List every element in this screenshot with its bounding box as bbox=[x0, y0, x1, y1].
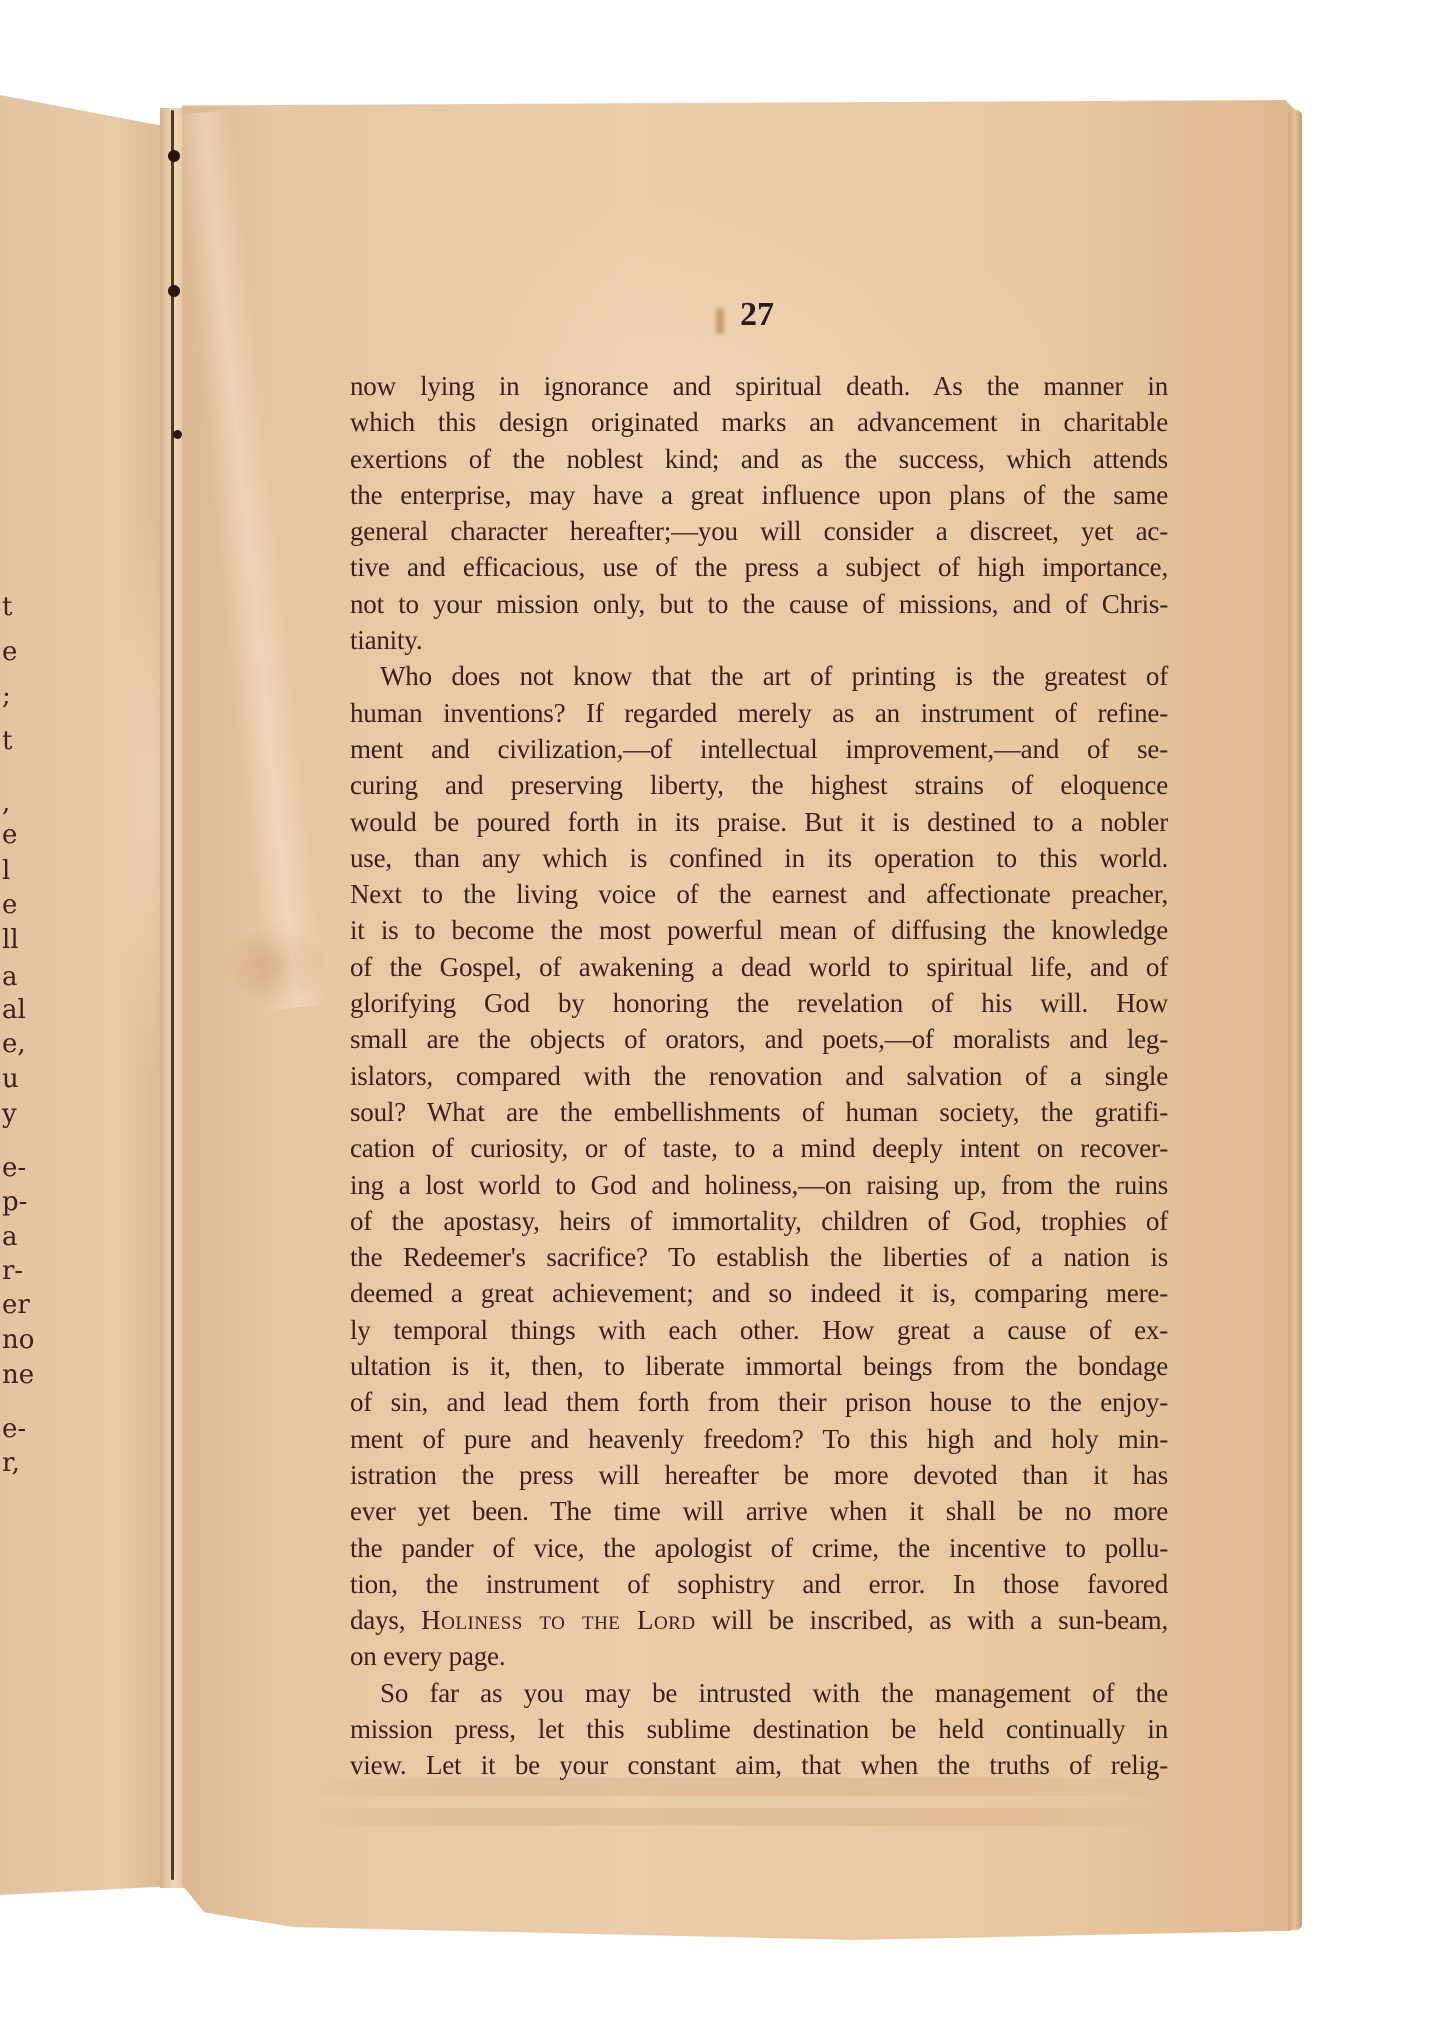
left-page-line-fragment: u bbox=[2, 1066, 19, 1092]
text-line: So far as you may be intrusted with the … bbox=[350, 1675, 1168, 1711]
left-page-line-fragment: al bbox=[2, 997, 26, 1023]
stitch-hole-2 bbox=[168, 285, 180, 297]
text-line-with-small-caps: days, Holiness to the Lord will be inscr… bbox=[350, 1602, 1168, 1638]
small-caps-phrase: Holiness to the Lord bbox=[421, 1605, 695, 1635]
paragraph-1: now lying in ignorance and spiritual dea… bbox=[350, 368, 1168, 658]
left-page-line-fragment: t bbox=[2, 728, 12, 754]
left-page-line-fragment: e bbox=[2, 892, 17, 918]
text-line: mission press, let this sublime destinat… bbox=[350, 1711, 1168, 1747]
text-line: ment of pure and heavenly freedom? To th… bbox=[350, 1421, 1168, 1457]
text-line: it is to become the most powerful mean o… bbox=[350, 912, 1168, 948]
text-fragment: will be inscribed, as with a sun-beam, bbox=[712, 1605, 1168, 1635]
text-line: islators, compared with the renovation a… bbox=[350, 1058, 1168, 1094]
text-line: which this design originated marks an ad… bbox=[350, 404, 1168, 440]
text-line: tianity. bbox=[350, 622, 1168, 658]
text-line: curing and preserving liberty, the highe… bbox=[350, 767, 1168, 803]
text-line: of sin, and lead them forth from their p… bbox=[350, 1384, 1168, 1420]
show-through-text bbox=[300, 1808, 1160, 1826]
text-line: ever yet been. The time will arrive when… bbox=[350, 1493, 1168, 1529]
text-line: not to your mission only, but to the cau… bbox=[350, 586, 1168, 622]
page-body-text: now lying in ignorance and spiritual dea… bbox=[350, 368, 1168, 1784]
text-line: ing a lost world to God and holiness,—on… bbox=[350, 1167, 1168, 1203]
text-line: general character hereafter;—you will co… bbox=[350, 513, 1168, 549]
gutter-fold-line bbox=[171, 110, 174, 1880]
text-line: on every page. bbox=[350, 1638, 1168, 1674]
left-page-line-fragment: l bbox=[2, 858, 10, 884]
text-line: ly temporal things with each other. How … bbox=[350, 1312, 1168, 1348]
text-line: Who does not know that the art of printi… bbox=[350, 658, 1168, 694]
text-line: view. Let it be your constant aim, that … bbox=[350, 1747, 1168, 1783]
left-page-line-fragment: p- bbox=[2, 1189, 27, 1215]
page-stack-edge bbox=[1288, 110, 1302, 1930]
text-line: the pander of vice, the apologist of cri… bbox=[350, 1530, 1168, 1566]
left-page-line-fragment: r, bbox=[2, 1450, 20, 1476]
left-page-line-fragment: ne bbox=[2, 1362, 34, 1388]
left-page-line-fragment: ; bbox=[2, 683, 11, 709]
left-page-line-fragment: a bbox=[2, 964, 18, 990]
text-line: small are the objects of orators, and po… bbox=[350, 1021, 1168, 1057]
text-line: human inventions? If regarded merely as … bbox=[350, 695, 1168, 731]
page-number: 27 bbox=[740, 296, 774, 334]
paragraph-2: Who does not know that the art of printi… bbox=[350, 658, 1168, 1674]
text-line: soul? What are the embellishments of hum… bbox=[350, 1094, 1168, 1130]
left-page-line-fragment: e- bbox=[2, 1155, 26, 1181]
text-line: the enterprise, may have a great influen… bbox=[350, 477, 1168, 513]
left-page-line-fragment: er bbox=[2, 1292, 30, 1318]
left-page-line-fragment: , bbox=[2, 790, 10, 816]
text-line: use, than any which is confined in its o… bbox=[350, 840, 1168, 876]
text-line: glorifying God by honoring the revelatio… bbox=[350, 985, 1168, 1021]
text-line: exertions of the noblest kind; and as th… bbox=[350, 441, 1168, 477]
text-line: tion, the instrument of sophistry and er… bbox=[350, 1566, 1168, 1602]
text-line: the Redeemer's sacrifice? To establish t… bbox=[350, 1239, 1168, 1275]
text-line: ultation is it, then, to liberate immort… bbox=[350, 1348, 1168, 1384]
left-page-line-fragment: t bbox=[2, 594, 12, 620]
left-page-line-fragment: y bbox=[2, 1101, 17, 1127]
left-page-line-fragment: e- bbox=[2, 1416, 26, 1442]
text-line: cation of curiosity, or of taste, to a m… bbox=[350, 1130, 1168, 1166]
left-page-line-fragment: r- bbox=[2, 1258, 23, 1284]
text-line: now lying in ignorance and spiritual dea… bbox=[350, 368, 1168, 404]
text-line: would be poured forth in its praise. But… bbox=[350, 804, 1168, 840]
stitch-hole-3 bbox=[173, 430, 182, 439]
text-line: tive and efficacious, use of the press a… bbox=[350, 549, 1168, 585]
left-page-line-fragment: no bbox=[2, 1327, 34, 1353]
left-page-line-fragment: e, bbox=[2, 1031, 26, 1057]
paragraph-3: So far as you may be intrusted with the … bbox=[350, 1675, 1168, 1784]
left-page-line-fragment: a bbox=[2, 1224, 18, 1250]
left-page-line-fragment: ll bbox=[2, 927, 19, 953]
text-line: ment and civilization,—of intellectual i… bbox=[350, 731, 1168, 767]
text-line: Next to the living voice of the earnest … bbox=[350, 876, 1168, 912]
text-fragment: days, bbox=[350, 1605, 405, 1635]
open-book-spread: te;t,elellaale,uye-p-ar-ernonee-r, 27 no… bbox=[0, 0, 1445, 2023]
text-line: deemed a great achievement; and so indee… bbox=[350, 1275, 1168, 1311]
ink-stain bbox=[716, 308, 724, 334]
text-line: of the apostasy, heirs of immortality, c… bbox=[350, 1203, 1168, 1239]
left-page-line-fragment: e bbox=[2, 639, 17, 665]
left-page-line-fragment: e bbox=[2, 822, 17, 848]
text-line: of the Gospel, of awakening a dead world… bbox=[350, 949, 1168, 985]
text-line: istration the press will hereafter be mo… bbox=[350, 1457, 1168, 1493]
